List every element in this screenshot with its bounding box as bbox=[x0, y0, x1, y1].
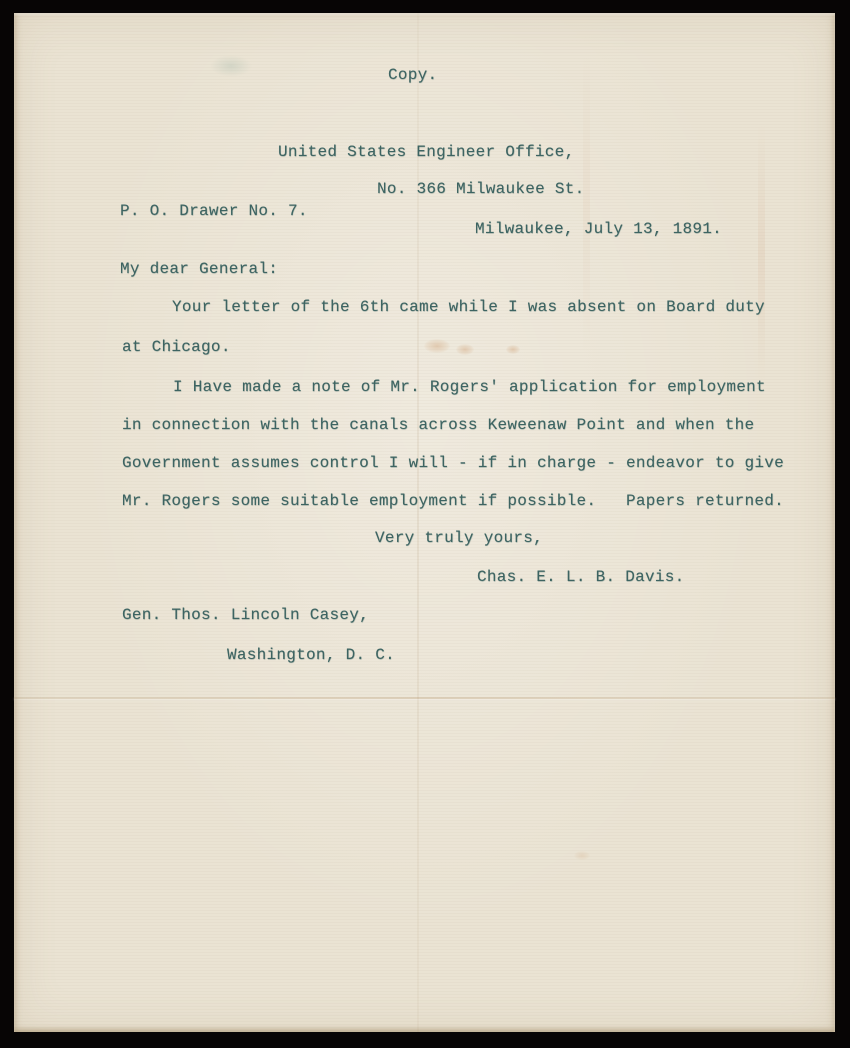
rust-stain bbox=[506, 345, 520, 354]
date-line: Milwaukee, July 13, 1891. bbox=[475, 219, 722, 239]
closing-line: Very truly yours, bbox=[375, 528, 543, 548]
body-line: Your letter of the 6th came while I was … bbox=[172, 297, 765, 317]
recipient-name-line: Gen. Thos. Lincoln Casey, bbox=[122, 605, 369, 625]
rust-stain bbox=[574, 851, 590, 860]
body-line: Mr. Rogers some suitable employment if p… bbox=[122, 491, 784, 511]
salutation: My dear General: bbox=[120, 259, 278, 279]
body-line: Government assumes control I will - if i… bbox=[122, 453, 784, 473]
copy-label: Copy. bbox=[388, 65, 437, 85]
letter-page: Copy. United States Engineer Office, No.… bbox=[14, 13, 835, 1032]
office-name-line: United States Engineer Office, bbox=[278, 142, 574, 162]
rust-stain bbox=[456, 344, 474, 355]
ink-smudge bbox=[210, 55, 252, 77]
vertical-fold-crease bbox=[417, 13, 419, 1032]
horizontal-fold-crease bbox=[14, 697, 835, 699]
rust-stain bbox=[424, 339, 450, 353]
street-address-line: No. 366 Milwaukee St. bbox=[377, 179, 585, 199]
po-drawer-line: P. O. Drawer No. 7. bbox=[120, 201, 308, 221]
recipient-city-line: Washington, D. C. bbox=[227, 645, 395, 665]
scan-background: { "colors": { "background": "#070505", "… bbox=[0, 0, 850, 1048]
body-line: in connection with the canals across Kew… bbox=[122, 415, 754, 435]
stain-streak-right bbox=[758, 123, 765, 383]
signature-line: Chas. E. L. B. Davis. bbox=[477, 567, 685, 587]
body-line: I Have made a note of Mr. Rogers' applic… bbox=[173, 377, 766, 397]
body-line: at Chicago. bbox=[122, 337, 231, 357]
